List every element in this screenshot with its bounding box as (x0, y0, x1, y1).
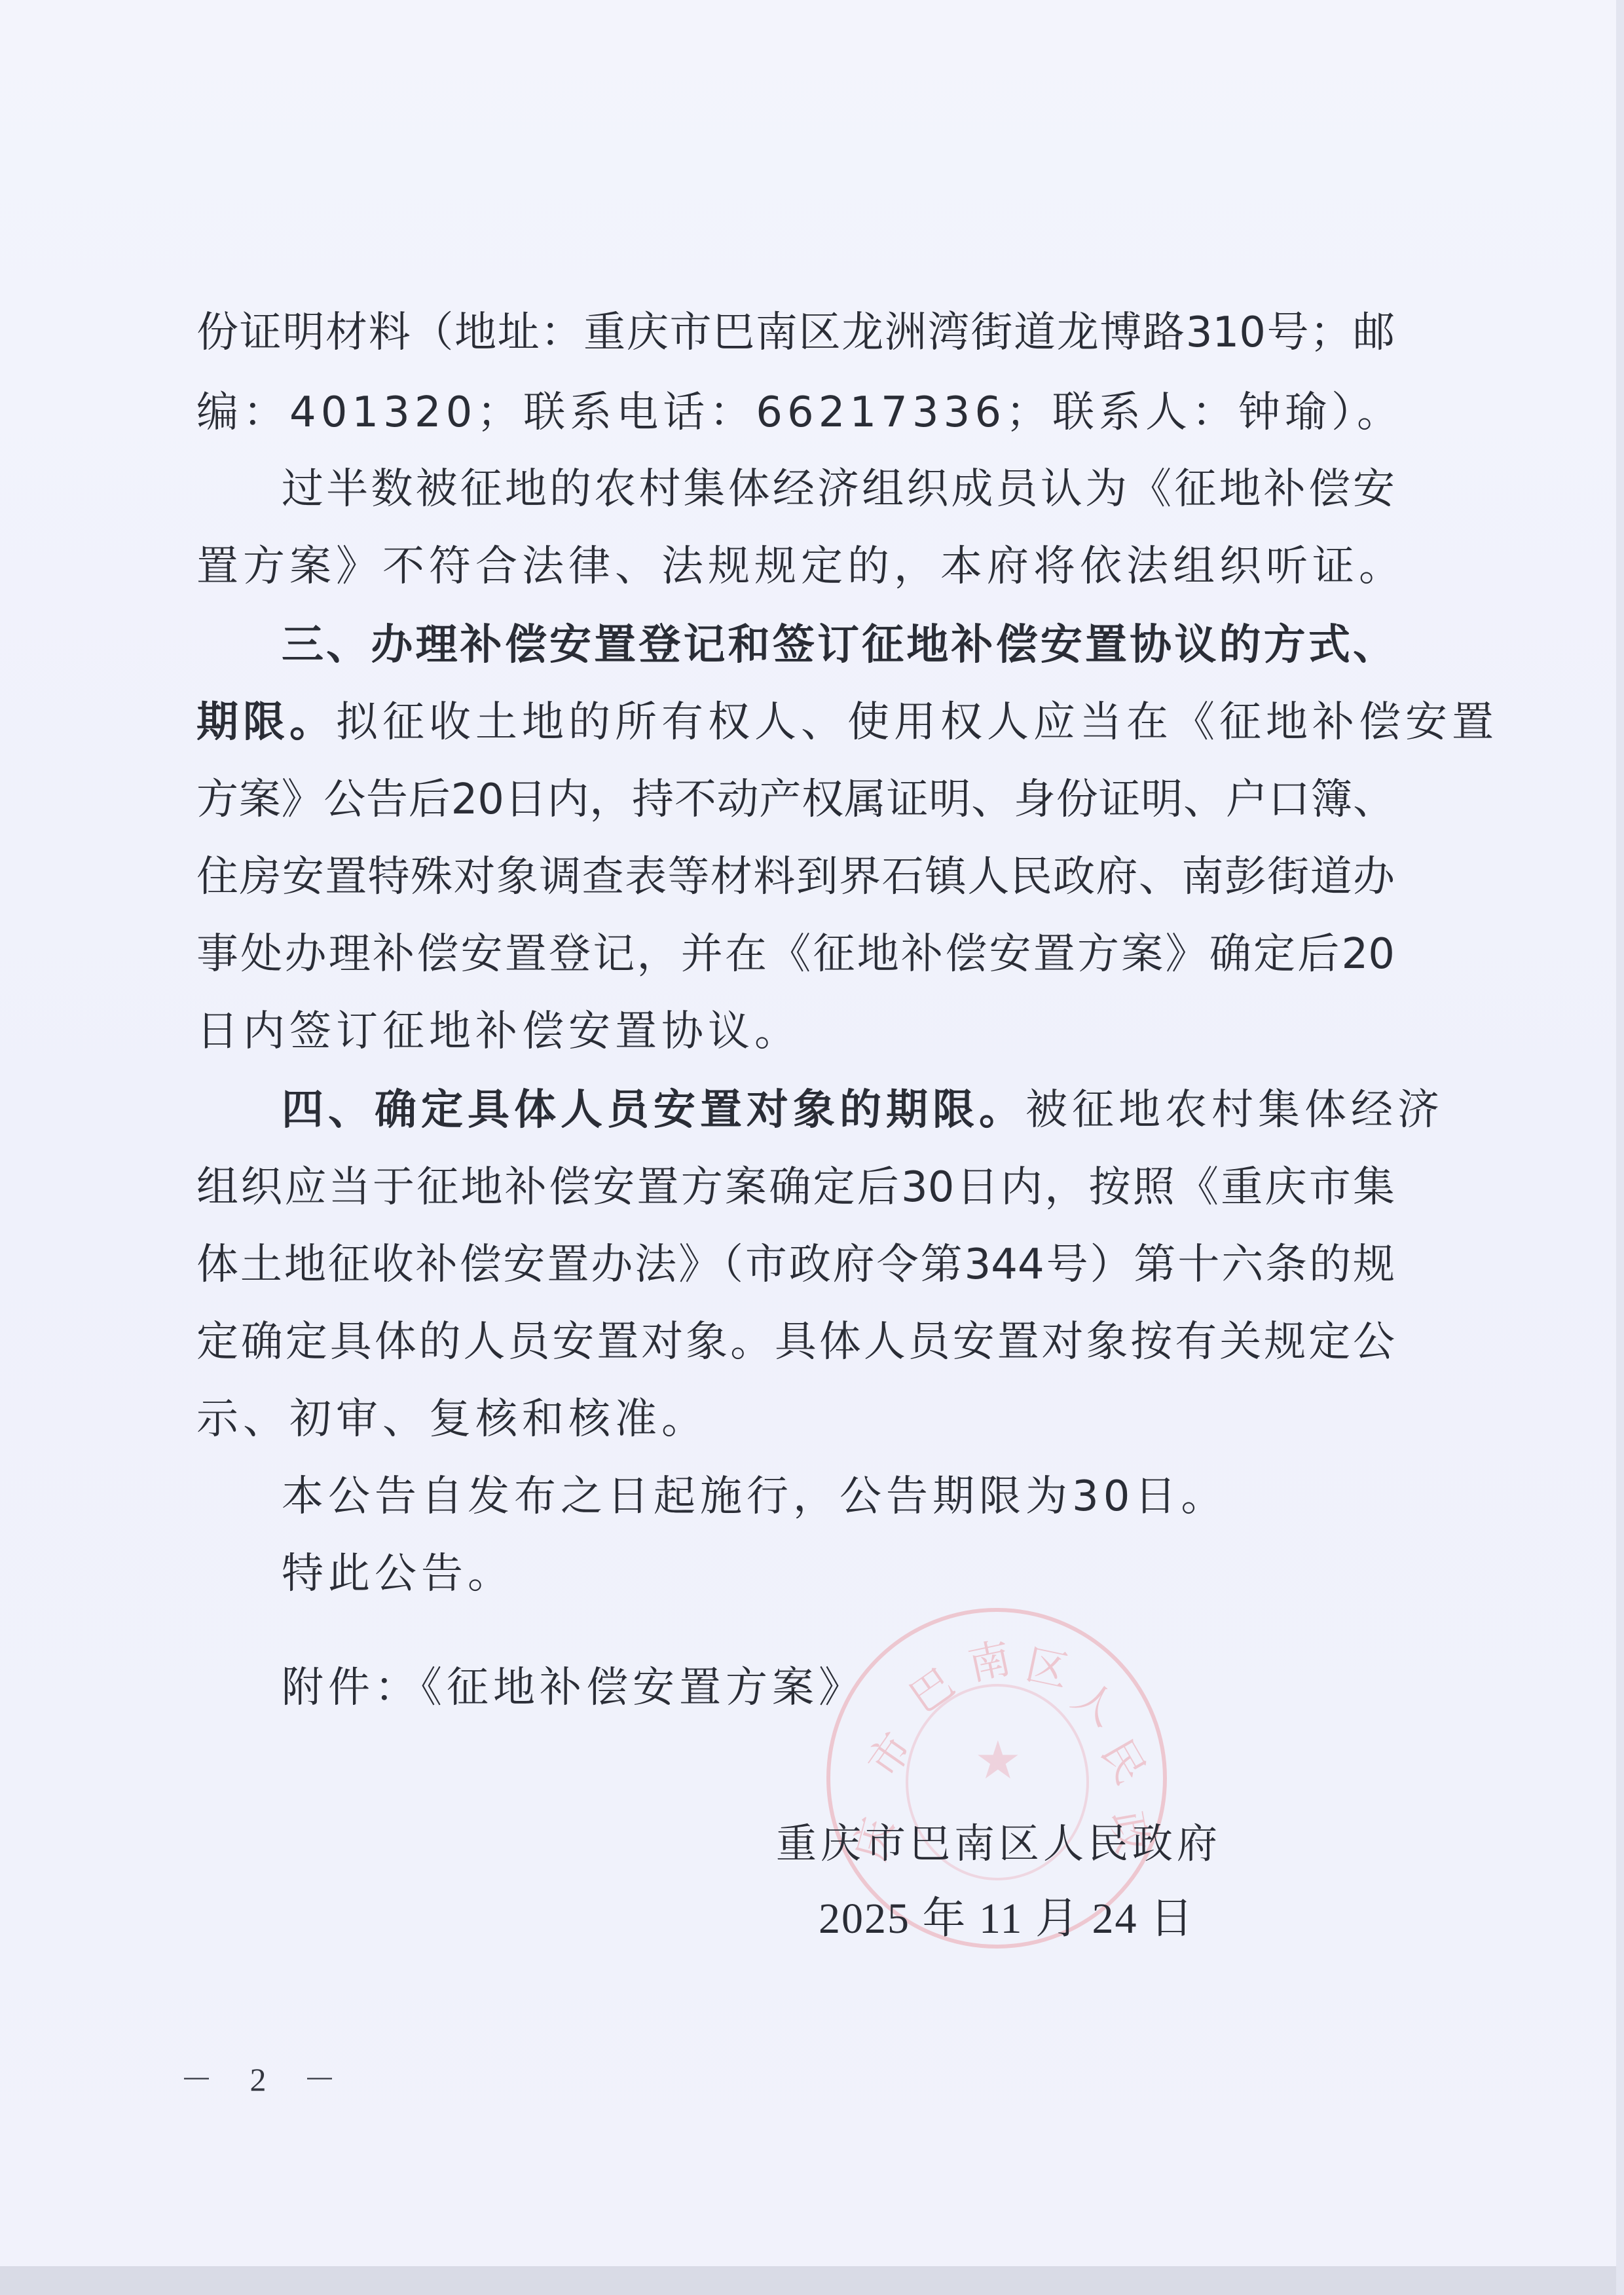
body-line: 份证明材料（地址：重庆市巴南区龙洲湾街道龙博路310号；邮 (196, 307, 1395, 359)
scan-bottom-edge (0, 2266, 1624, 2295)
section-heading-3-cont: 期限。 (196, 698, 336, 747)
body-line: 置方案》不符合法律、法规规定的，本府将依法组织听证。 (196, 540, 1395, 593)
issue-date: 2025 年 11 月 24 日 (819, 1893, 1194, 1945)
closing-statement: 特此公告。 (282, 1548, 1395, 1600)
body-line: 四、确定具体人员安置对象的期限。被征地农村集体经济 (282, 1084, 1395, 1136)
section-heading-3: 三、办理补偿安置登记和签订征地补偿安置协议的方式、 (282, 619, 1395, 671)
body-line: 组织应当于征地补偿安置方案确定后30日内，按照《重庆市集 (196, 1161, 1395, 1214)
body-line: 住房安置特殊对象调查表等材料到界石镇人民政府、南彭街道办 (196, 851, 1395, 903)
page-number: － 2 － (180, 2053, 350, 2100)
body-text: 被征地农村集体经济 (1025, 1086, 1444, 1134)
body-line: 定确定具体的人员安置对象。具体人员安置对象按有关规定公 (196, 1316, 1395, 1368)
seal-star-icon: ★ (974, 1730, 1022, 1791)
body-line: 过半数被征地的农村集体经济组织成员认为《征地补偿安 (282, 463, 1395, 515)
section-heading-4: 四、确定具体人员安置对象的期限。 (282, 1086, 1025, 1134)
seal-char: 民 (1090, 1726, 1163, 1793)
body-line: 期限。拟征收土地的所有权人、使用权人应当在《征地补偿安置 (196, 696, 1395, 749)
body-line: 日内签订征地补偿安置协议。 (196, 1005, 1395, 1058)
body-line: 体土地征收补偿安置办法》（市政府令第344号）第十六条的规 (196, 1239, 1395, 1291)
issuer-name: 重庆市巴南区人民政府 (776, 1818, 1221, 1870)
body-line: 示、初审、复核和核准。 (196, 1393, 1395, 1446)
body-line: 方案》公告后20日内，持不动产权属证明、身份证明、户口簿、 (196, 774, 1395, 826)
effective-statement: 本公告自发布之日起施行，公告期限为30日。 (282, 1470, 1395, 1523)
attachment-line: 附件：《征地补偿安置方案》 (282, 1662, 1395, 1714)
body-line: 事处办理补偿安置登记，并在《征地补偿安置方案》确定后20 (196, 928, 1395, 980)
body-line: 编：401320；联系电话：66217336；联系人：钟瑜）。 (196, 386, 1395, 439)
scan-right-edge (1616, 0, 1624, 2295)
body-text: 拟征收土地的所有权人、使用权人应当在《征地补偿安置 (336, 698, 1498, 747)
